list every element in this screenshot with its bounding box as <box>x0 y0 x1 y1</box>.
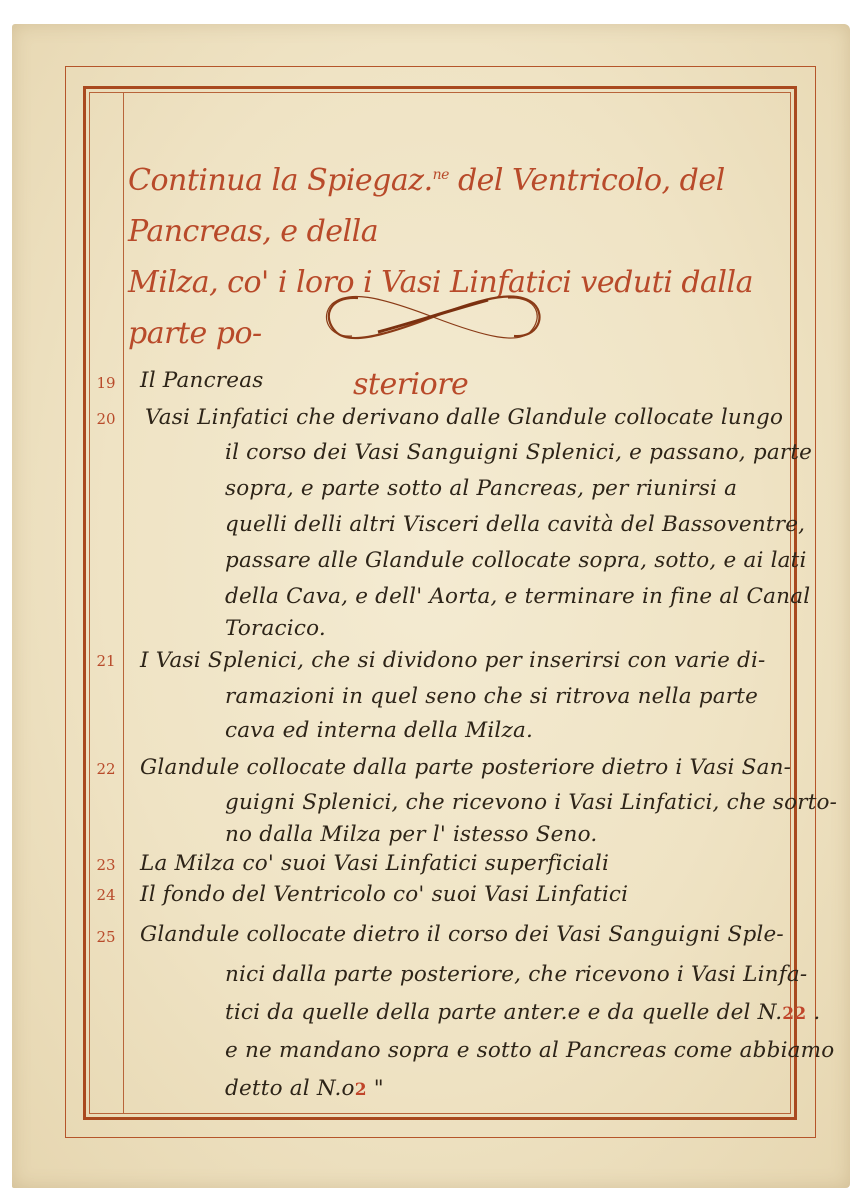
entry-23-line: La Milza co' suoi Vasi Linfatici superfi… <box>140 851 609 876</box>
entry-20-line: della Cava, e dell' Aorta, e terminare i… <box>225 584 810 609</box>
entry-22-line: guigni Splenici, che ricevono i Vasi Lin… <box>225 790 837 815</box>
entry-number: 22 <box>92 760 120 778</box>
entry-20-line: Vasi Linfatici che derivano dalle Glandu… <box>145 405 783 430</box>
entry-20-line: sopra, e parte sotto al Pancreas, per ri… <box>225 476 737 501</box>
entry-25-line: detto al N.o2 " <box>225 1076 384 1101</box>
entry-21-line: cava ed interna della Milza. <box>225 718 533 743</box>
cross-reference-2: 2 <box>355 1080 367 1100</box>
entry-number: 24 <box>92 886 120 904</box>
entry-number: 19 <box>92 374 120 392</box>
entry-25-line: tici da quelle della parte anter.e e da … <box>225 1000 820 1025</box>
entry-number: 21 <box>92 652 120 670</box>
entry-20-line: passare alle Glandule collocate sopra, s… <box>225 548 807 573</box>
entry-21-line: I Vasi Splenici, che si dividono per ins… <box>140 648 766 673</box>
entry-24-line: Il fondo del Ventricolo co' suoi Vasi Li… <box>140 882 628 907</box>
entry-25-line: e ne mandano sopra e sotto al Pancreas c… <box>225 1038 834 1063</box>
entry-22-line: Glandule collocate dalla parte posterior… <box>140 755 791 780</box>
entry-number: 25 <box>92 928 120 946</box>
margin-rule <box>123 92 124 1114</box>
entry-number: 23 <box>92 856 120 874</box>
entry-25-line: nici dalla parte posteriore, che ricevon… <box>225 962 807 987</box>
entry-25-line: Glandule collocate dietro il corso dei V… <box>140 922 784 947</box>
flourish-ornament-icon <box>318 288 548 346</box>
entry-19-line: Il Pancreas <box>140 368 263 393</box>
cross-reference-22: 22 <box>782 1004 806 1024</box>
entry-20-line: Toracico. <box>225 616 326 641</box>
entry-20-line: il corso dei Vasi Sanguigni Splenici, e … <box>225 440 812 465</box>
entry-number: 20 <box>92 410 120 428</box>
entry-21-line: ramazioni in quel seno che si ritrova ne… <box>225 684 758 709</box>
entry-22-line: no dalla Milza per l' istesso Seno. <box>225 822 597 847</box>
entry-20-line: quelli delli altri Visceri della cavità … <box>225 512 805 537</box>
title-line-1: Continua la Spiegaz.ne del Ventricolo, d… <box>128 163 725 249</box>
